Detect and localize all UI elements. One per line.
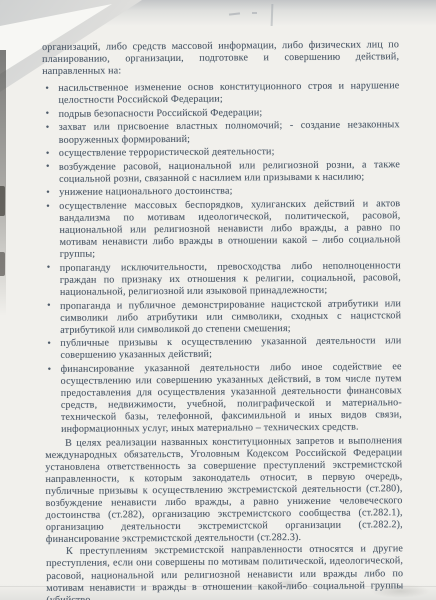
bullet-item: захват или присвоение властных полномочи… [59,120,400,147]
intro-paragraph: организаций, либо средств массовой инфор… [42,39,399,78]
bullet-item: финансирование указанной деятельности ли… [61,361,403,436]
scan-edge-mark [0,252,5,276]
bullet-item: возбуждение расовой, национальной или ре… [59,159,400,186]
document-text-block: организаций, либо средств массовой инфор… [42,39,403,600]
body-paragraph: К преступлениям экстремистской направлен… [46,544,403,600]
bullet-item: публичные призывы к осуществлению указан… [60,336,401,363]
scanned-document-page: организаций, либо средств массовой инфор… [0,0,436,600]
bullet-item: осуществление массовых беспорядков, хули… [59,198,400,261]
bullet-list: насильственное изменение основ конституц… [42,80,402,436]
scan-left-edge-shadow [0,50,6,316]
bullet-item: пропаганду исключительности, превосходст… [60,260,401,299]
pen-mark-dot [252,12,257,14]
bullet-item: пропаганда и публичное демонстрирование … [60,298,401,337]
scan-edge-mark [0,186,5,216]
bullet-item: осуществление террористической деятельно… [59,145,400,160]
bullet-item: унижение национального достоинства; [59,185,400,200]
body-paragraph: В целях реализации названных конституцио… [45,435,403,546]
bullet-item: насильственное изменение основ конституц… [58,80,399,107]
bullet-item: подрыв безопасности Российской Федерации… [59,106,400,121]
